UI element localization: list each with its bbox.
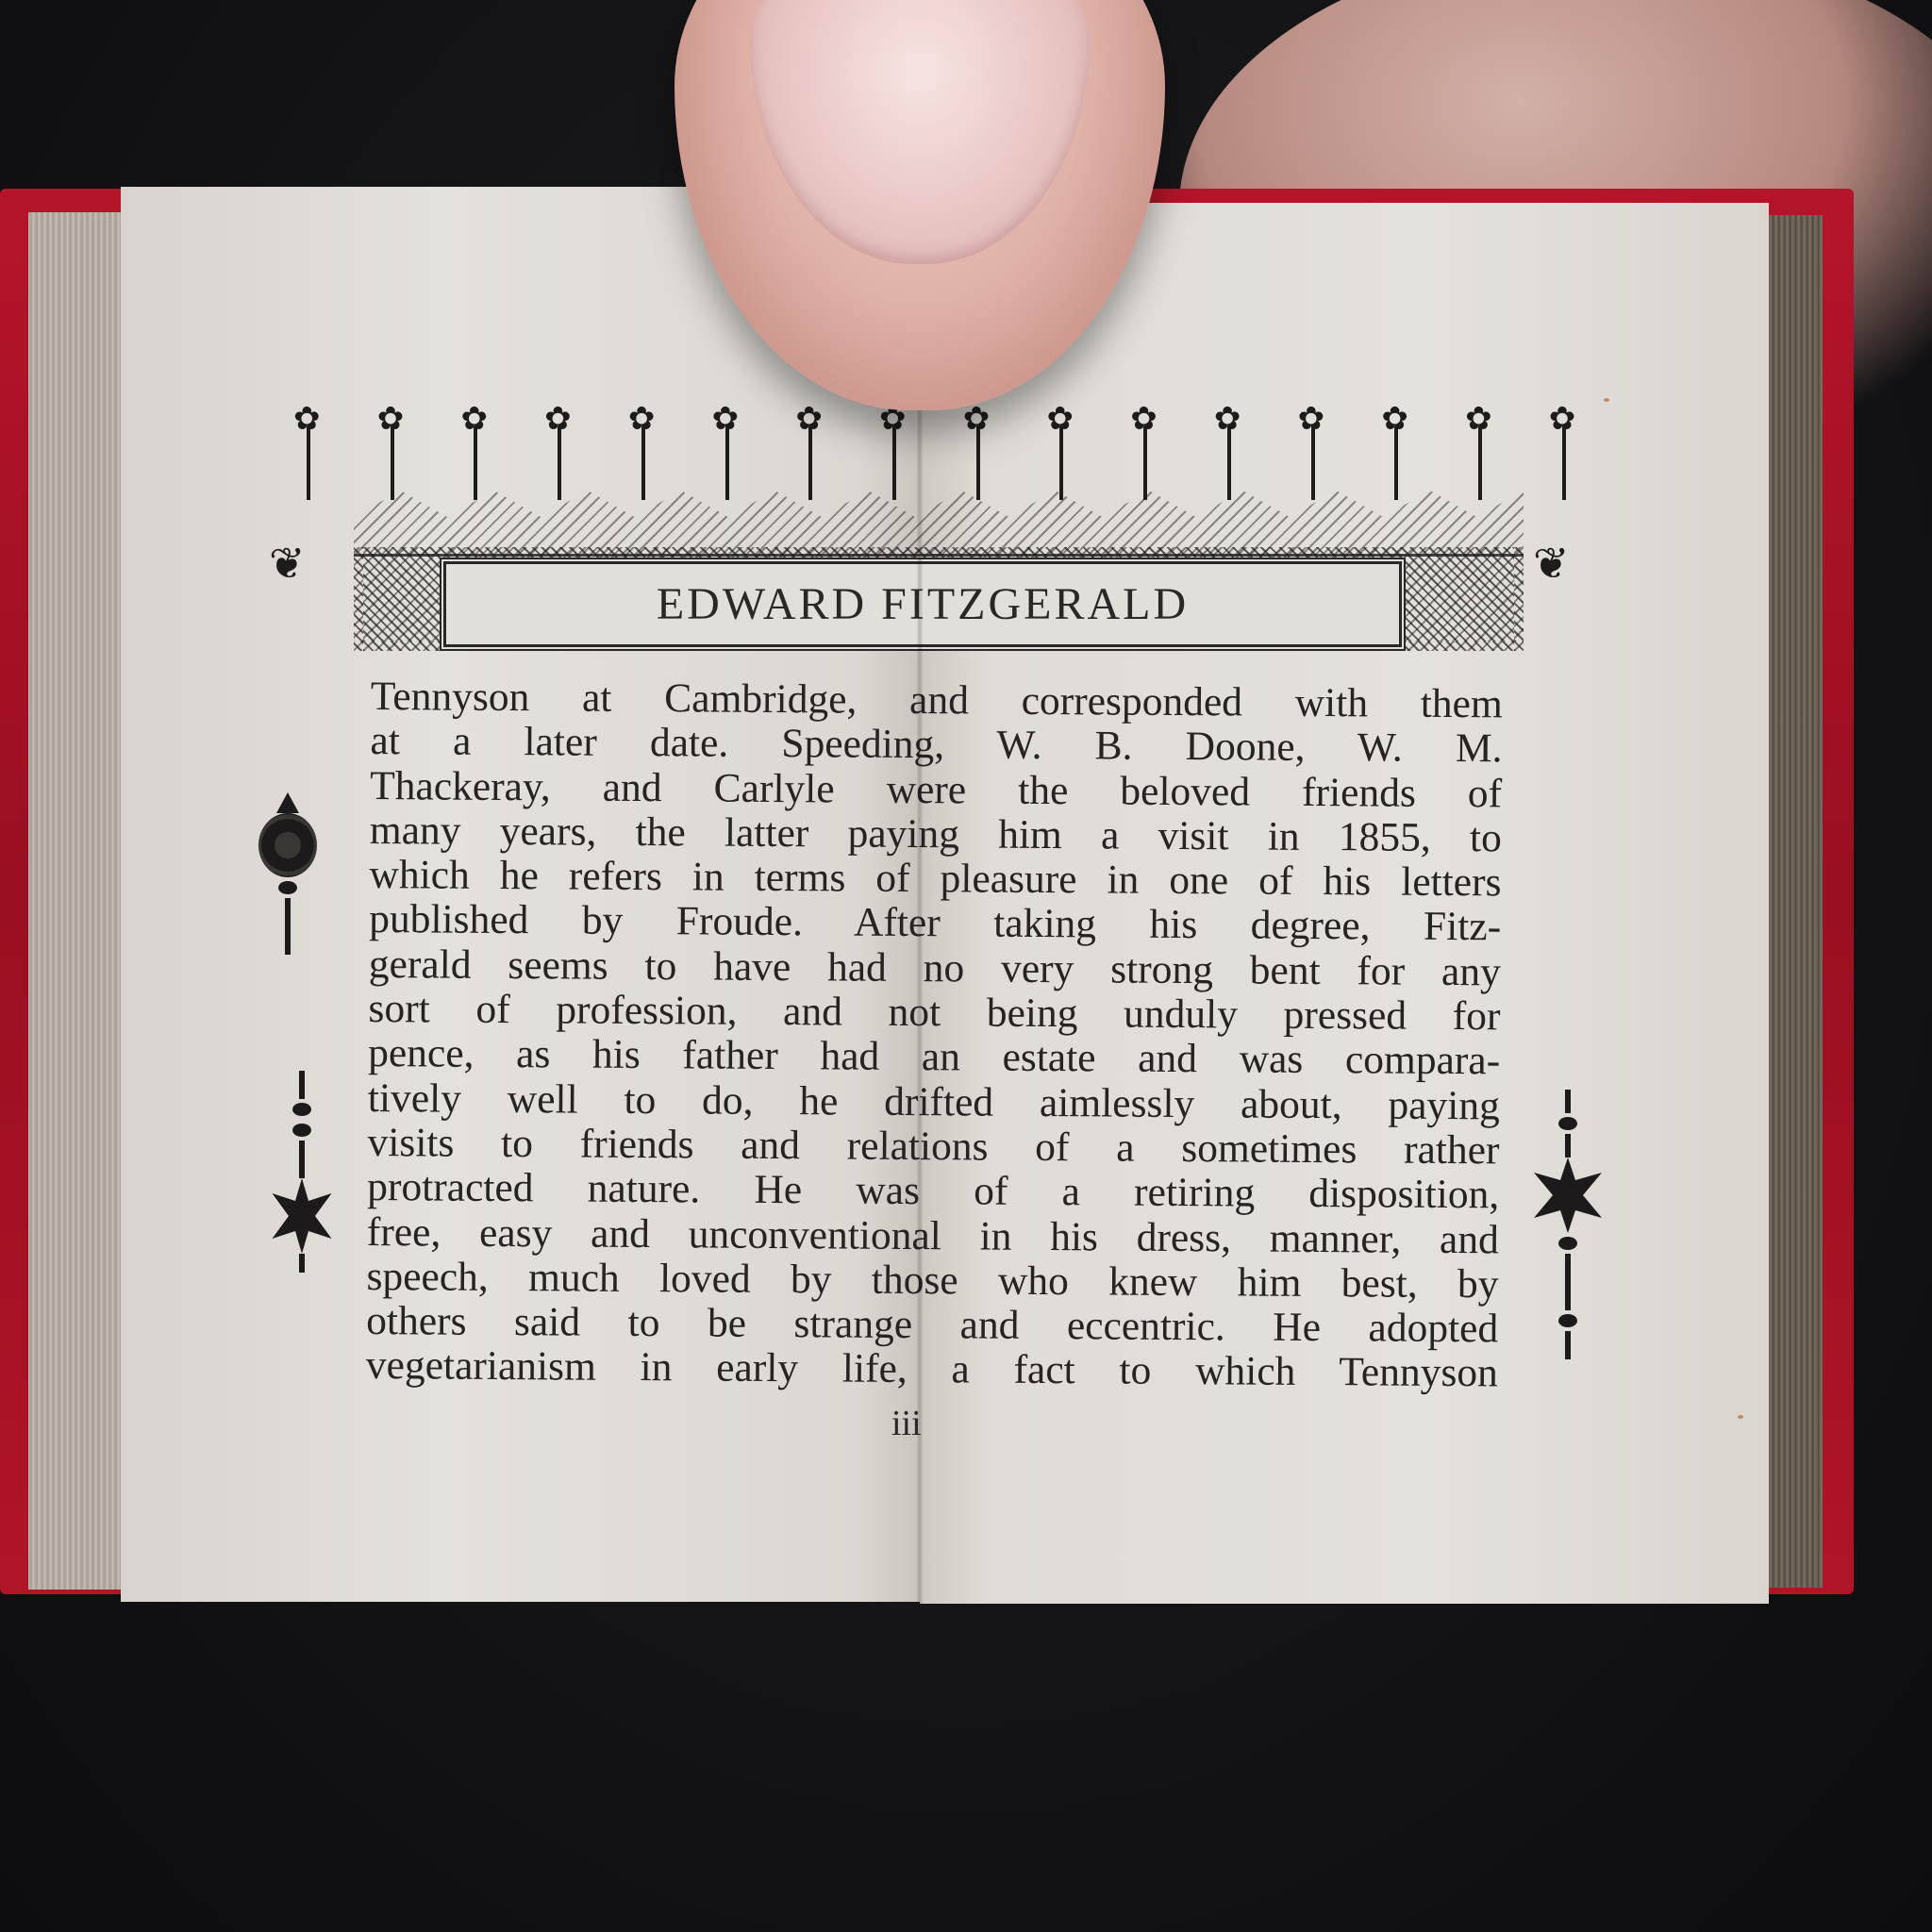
ornament-knot-icon [292,1103,311,1116]
ornament-knot-icon [1558,1117,1577,1130]
flower-icon [541,406,578,500]
title-cartouche: EDWARD FITZGERALD [443,561,1402,647]
left-margin-ornament-bottom [269,1071,335,1273]
flower-icon [1294,406,1332,500]
flower-icon [290,406,327,500]
page-heading: EDWARD FITZGERALD [657,578,1189,630]
ornament-rosette-icon [269,1178,335,1254]
page-body-text: Tennyson at Cambridge, and corresponded … [366,675,1503,1396]
right-margin-ornament [1530,1090,1606,1359]
flower-row [278,396,1594,500]
ornament-stem [299,1141,305,1178]
ornament-stem [1565,1331,1571,1359]
ornament-stem [299,1071,305,1099]
foxing-spot [1738,1415,1743,1419]
foxing-spot [1604,398,1609,402]
ornament-stem [1565,1090,1571,1113]
ornament-medallion-icon [258,813,317,877]
flower-icon [1377,406,1415,500]
branch-left-icon: ❦ [269,538,306,589]
ornament-stem [1565,1254,1571,1310]
ornament-knot-icon [1558,1314,1577,1327]
flower-icon [875,406,913,500]
ornament-stem [299,1254,305,1273]
ornament-rosette-icon [1530,1158,1606,1233]
ornament-stem [285,898,291,955]
flower-icon [374,406,411,500]
flower-icon [1126,406,1164,500]
flower-icon [791,406,829,500]
ornament-knot-icon [278,881,297,894]
flower-icon [1461,406,1499,500]
flower-icon [457,406,494,500]
text-line: vegetarianism in early life, a fact to w… [366,1343,1498,1396]
flower-icon [625,406,662,500]
floral-headpiece: ❦ ❦ EDWARD FITZGERALD [278,396,1594,656]
ornament-stem [1565,1134,1571,1158]
flower-icon [1210,406,1248,500]
thumbnail [750,0,1090,264]
flower-icon [1545,406,1583,500]
flower-icon [1042,406,1080,500]
ornament-knot-icon [292,1124,311,1137]
flower-icon [959,406,997,500]
branch-right-icon: ❦ [1533,538,1570,589]
ornament-finial-icon [276,792,299,813]
flower-icon [708,406,746,500]
left-margin-ornament-top [258,792,317,955]
ornament-knot-icon [1558,1237,1577,1250]
page-block-left [28,212,132,1590]
